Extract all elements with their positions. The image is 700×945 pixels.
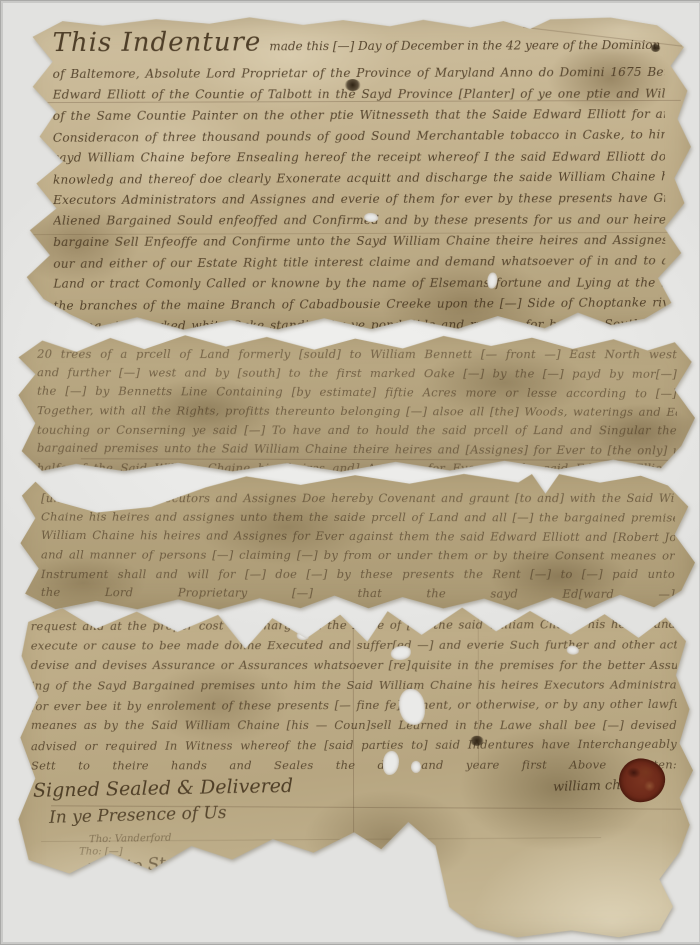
paper-hole <box>297 631 309 640</box>
paper-fragment-1-surface: This Indenturemade this [—] Day of Decem… <box>22 16 691 330</box>
manuscript-text-block-3: [unto] his heires Executors and Assignes… <box>15 470 695 603</box>
paper-fragment-2-surface: 20 trees of a prcell of Land formerly [s… <box>15 332 695 474</box>
manuscript-text-block-1: This Indenturemade this [—] Day of Decem… <box>22 16 691 337</box>
signed-sealed-delivered-line: Signed Sealed & Delivered <box>33 775 293 802</box>
manuscript-line: [unto] his heires Executors and Assignes… <box>41 489 675 508</box>
manuscript-line: Consideracon of three thousand pounds of… <box>53 124 665 148</box>
manuscript-line: Instrument shall and will for [—] doe [—… <box>41 565 675 584</box>
paper-fragment-4: request and at the proper cost and charg… <box>15 600 694 941</box>
ink-blot <box>470 736 484 746</box>
opening-word: This Indenture <box>52 27 261 58</box>
paper-fragment-1: This Indenturemade this [—] Day of Decem… <box>22 16 691 330</box>
paper-fragment-3: [unto] his heires Executors and Assignes… <box>15 470 695 611</box>
manuscript-line: This Indenturemade this [—] Day of Decem… <box>52 24 664 64</box>
manuscript-line: knowledg and thereof doe clearly Exonera… <box>53 166 665 190</box>
manuscript-line: the branches of the maine Branch of Caba… <box>53 292 665 316</box>
manuscript-line: Chaine his heires and assignes unto them… <box>41 507 675 527</box>
manuscript-line: bargained premises unto the Said William… <box>37 439 677 461</box>
paper-hole <box>364 213 378 222</box>
ink-blot <box>651 44 661 52</box>
manuscript-line: sayd William Chaine before Ensealing her… <box>53 146 665 168</box>
witness-signature: Tho: Vanderford <box>89 833 172 846</box>
paper-hole <box>411 761 421 773</box>
paper-fragment-3-surface: [unto] his heires Executors and Assignes… <box>15 470 695 611</box>
manuscript-line: touching or Conserning ye said [—] To ha… <box>37 421 677 440</box>
manuscript-line: Land or tract Comonly Called or knowne b… <box>53 272 665 294</box>
manuscript-line-text: made this [—] Day of December in the 42 … <box>269 37 664 53</box>
manuscript-line: Executors Administrators and Assignes an… <box>53 188 665 211</box>
manuscript-line: and all manner of persons [—] claiming [… <box>41 545 675 565</box>
paper-fragment-2: 20 trees of a prcell of Land formerly [s… <box>15 332 695 474</box>
manuscript-line: our and either of our Estate Right title… <box>53 250 665 274</box>
paper-hole <box>567 646 579 655</box>
paper-fragment-4-surface: request and at the proper cost and charg… <box>15 600 694 941</box>
witness-signature: Tho: [—] <box>79 846 123 857</box>
manuscript-line: the [—] by Bennetts Line Containing [by … <box>37 382 677 404</box>
manuscript-line: Aliened Bargained Sould enfeoffed and Co… <box>53 209 665 231</box>
ink-blot <box>345 79 361 91</box>
manuscript-line: Together, with all the Rights, profitts … <box>37 401 677 422</box>
manuscript-line: William Chaine his heires and Assignes f… <box>41 526 675 547</box>
document-scan: This Indenturemade this [—] Day of Decem… <box>0 0 700 945</box>
paper-hole <box>399 689 425 725</box>
manuscript-text-block-2: 20 trees of a prcell of Land formerly [s… <box>15 332 695 479</box>
manuscript-line: of the Same Countie Painter on the other… <box>53 104 665 127</box>
manuscript-line: 20 trees of a prcell of Land formerly [s… <box>37 345 677 364</box>
manuscript-line: and further [—] west and by [south] to t… <box>37 363 677 384</box>
paper-hole <box>351 619 361 626</box>
